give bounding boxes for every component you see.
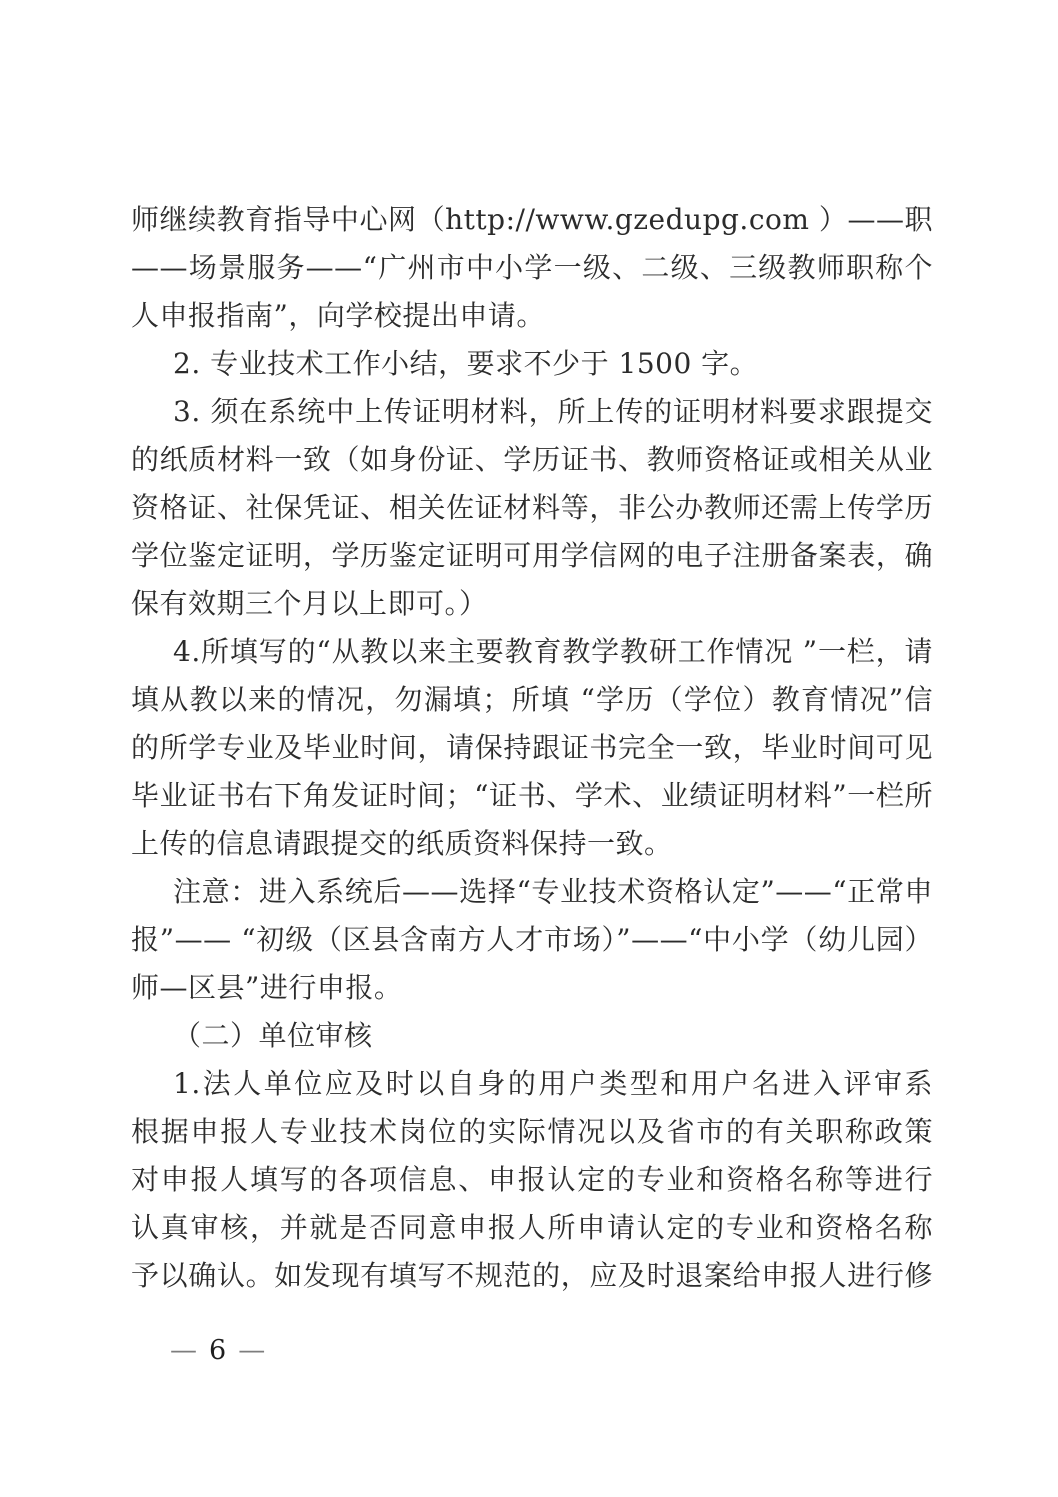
footer-left-dash: — bbox=[160, 1335, 209, 1366]
page-number-footer: —6— bbox=[160, 1334, 277, 1368]
text-line: 予以确认。如发现有填写不规范的，应及时退案给申报人进行修 bbox=[131, 1252, 933, 1300]
text-line: 1.法人单位应及时以自身的用户类型和用户名进入评审系统， bbox=[131, 1060, 933, 1108]
text-line: （二）单位审核 bbox=[131, 1012, 933, 1060]
text-line: 填从教以来的情况，勿漏填；所填 “学历（学位）教育情况”信息中 bbox=[131, 676, 933, 724]
text-line: 学位鉴定证明，学历鉴定证明可用学信网的电子注册备案表，确 bbox=[131, 532, 933, 580]
text-line: 的所学专业及毕业时间，请保持跟证书完全一致，毕业时间可见 bbox=[131, 724, 933, 772]
text-line: 毕业证书右下角发证时间；“证书、学术、业绩证明材料”一栏所 bbox=[131, 772, 933, 820]
text-line: ——场景服务——“广州市中小学一级、二级、三级教师职称个 bbox=[131, 244, 933, 292]
text-line: 认真审核，并就是否同意申报人所申请认定的专业和资格名称 bbox=[131, 1204, 933, 1252]
text-line: 的纸质材料一致（如身份证、学历证书、教师资格证或相关从业 bbox=[131, 436, 933, 484]
text-line: 人申报指南”，向学校提出申请。 bbox=[131, 292, 933, 340]
text-line: 师—区县”进行申报。 bbox=[131, 964, 933, 1012]
text-line: 上传的信息请跟提交的纸质资料保持一致。 bbox=[131, 820, 933, 868]
text-line: 保有效期三个月以上即可。） bbox=[131, 580, 933, 628]
text-line: 资格证、社保凭证、相关佐证材料等，非公办教师还需上传学历 bbox=[131, 484, 933, 532]
text-line: 4.所填写的“从教以来主要教育教学教研工作情况 ”一栏，请 bbox=[131, 628, 933, 676]
text-line: 报”—— “初级（区县含南方人才市场）”——“中小学（幼儿园）教 bbox=[131, 916, 933, 964]
text-line: 对申报人填写的各项信息、申报认定的专业和资格名称等进行 bbox=[131, 1156, 933, 1204]
footer-right-dash: — bbox=[228, 1335, 277, 1366]
text-line: 根据申报人专业技术岗位的实际情况以及省市的有关职称政策 bbox=[131, 1108, 933, 1156]
page-number: 6 bbox=[209, 1335, 228, 1366]
text-line: 2. 专业技术工作小结，要求不少于 1500 字。 bbox=[131, 340, 933, 388]
document-body: 师继续教育指导中心网（http://www.gzedupg.com ）——职称评… bbox=[131, 196, 933, 1300]
text-line: 3. 须在系统中上传证明材料，所上传的证明材料要求跟提交 bbox=[131, 388, 933, 436]
text-line: 师继续教育指导中心网（http://www.gzedupg.com ）——职称评… bbox=[131, 196, 933, 244]
text-line: 注意：进入系统后——选择“专业技术资格认定”——“正常申 bbox=[131, 868, 933, 916]
document-page: { "document": { "lines": [ "师继续教育指导中心网（h… bbox=[0, 0, 1058, 1497]
